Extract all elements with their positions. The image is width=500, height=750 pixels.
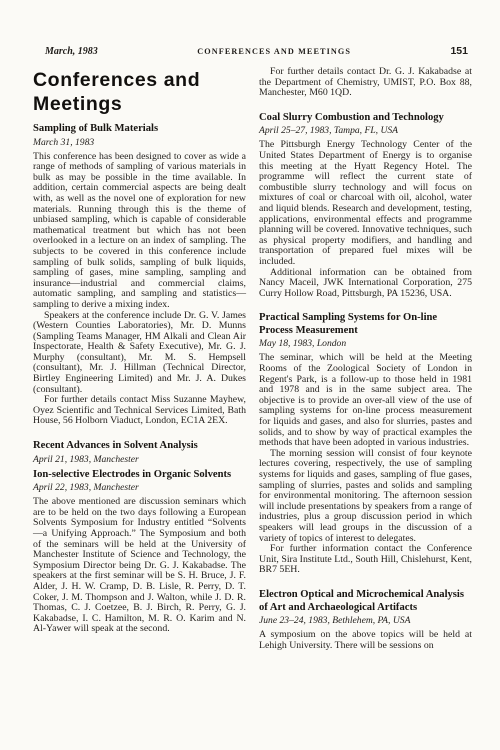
section-heading-electron-optical: Electron Optical and Microchemical Analy… (259, 589, 472, 614)
section-heading-ion-selective-electrodes: Ion-selective Electrodes in Organic Solv… (33, 469, 246, 482)
body-paragraph: Speakers at the conference include Dr. G… (33, 311, 246, 396)
left-column: Conferences and Meetings Sampling of Bul… (33, 65, 246, 651)
continuation-paragraph: For further details contact Dr. G. J. Ka… (259, 67, 472, 99)
journal-page: March, 1983 CONFERENCES AND MEETINGS 151… (0, 0, 500, 651)
section-heading-solvent-analysis: Recent Advances in Solvent Analysis (33, 440, 246, 453)
body-paragraph: The above mentioned are discussion semin… (33, 497, 246, 635)
event-date: April 25–27, 1983, Tampa, FL, USA (259, 125, 472, 136)
right-column: For further details contact Dr. G. J. Ka… (259, 65, 472, 651)
running-title: CONFERENCES AND MEETINGS (197, 47, 351, 56)
body-paragraph: For further information contact the Conf… (259, 544, 472, 576)
section-heading-coal-slurry: Coal Slurry Combustion and Technology (259, 112, 472, 125)
body-paragraph: The morning session will consist of four… (259, 449, 472, 544)
event-date: March 31, 1983 (33, 137, 246, 148)
event-date: April 22, 1983, Manchester (33, 482, 246, 493)
body-paragraph: This conference has been designed to cov… (33, 152, 246, 311)
body-paragraph: The seminar, which will be held at the M… (259, 353, 472, 448)
page-title: Conferences and Meetings (33, 69, 246, 116)
issue-date: March, 1983 (45, 46, 98, 57)
page-number: 151 (450, 45, 468, 57)
event-date: June 23–24, 1983, Bethlehem, PA, USA (259, 615, 472, 626)
event-date: April 21, 1983, Manchester (33, 454, 246, 465)
section-heading-sampling-bulk-materials: Sampling of Bulk Materials (33, 123, 246, 136)
two-column-layout: Conferences and Meetings Sampling of Bul… (33, 65, 472, 651)
body-paragraph: A symposium on the above topics will be … (259, 630, 472, 651)
body-paragraph: Additional information can be obtained f… (259, 268, 472, 300)
section-heading-practical-sampling: Practical Sampling Systems for On-line P… (259, 312, 472, 337)
body-paragraph: For further details contact Miss Suzanne… (33, 395, 246, 427)
body-paragraph: The Pittsburgh Energy Technology Center … (259, 140, 472, 267)
event-date: May 18, 1983, London (259, 338, 472, 349)
page-header: March, 1983 CONFERENCES AND MEETINGS 151 (33, 45, 472, 57)
